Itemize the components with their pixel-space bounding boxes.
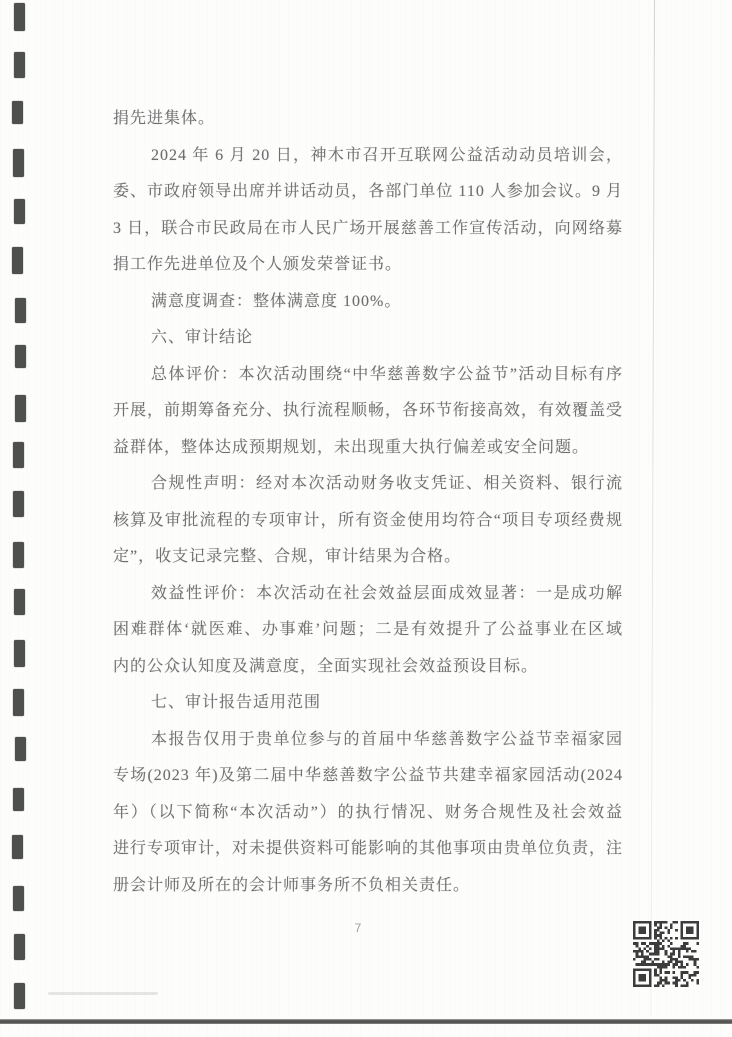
text-line-p8-l0: 本报告仅用于贵单位参与的首届中华慈善数字公益节幸福家园: [113, 722, 623, 759]
binding-hole: [15, 345, 26, 368]
text-line-p5-l0: 合规性声明：经对本次活动财务收支凭证、相关资料、银行流水: [113, 466, 623, 503]
scan-bottom-edge: [0, 1019, 732, 1024]
text-line-p1-l1: 委、市政府领导出席并讲话动员，各部门单位 110 人参加会议。9 月: [113, 174, 623, 211]
text-line-p5-l1: 核算及审批流程的专项审计，所有资金使用均符合“项目专项经费规: [113, 503, 623, 540]
binding-hole: [14, 199, 25, 224]
text-line-p6-l2: 内的公众认知度及满意度，全面实现社会效益预设目标。: [113, 649, 623, 686]
text-line-p6-l0: 效益性评价：本次活动在社会效益层面成效显著：一是成功解决: [113, 576, 623, 613]
page-edge-line: [650, 0, 655, 1016]
binding-hole: [14, 3, 25, 31]
text-line-p4-l2: 益群体，整体达成预期规划，未出现重大执行偏差或安全问题。: [113, 430, 623, 467]
text-line-p2-l0: 满意度调查：整体满意度 100%。: [113, 284, 623, 321]
text-line-p6-l1: 困难群体‘就医难、办事难’问题；二是有效提升了公益事业在区域: [113, 612, 623, 649]
binding-hole: [15, 395, 26, 422]
binding-hole: [12, 835, 23, 859]
binding-hole: [14, 589, 25, 615]
binding-hole: [13, 886, 24, 911]
binding-hole: [13, 149, 24, 177]
binding-hole: [14, 640, 25, 667]
text-line-p5-l2: 定”，收支记录完整、合规，审计结果为合格。: [113, 539, 623, 576]
text-line-p8-l1: 专场(2023 年)及第二届中华慈善数字公益节共建幸福家园活动(2024: [113, 758, 623, 795]
binding-hole: [12, 247, 23, 274]
binding-hole: [14, 934, 25, 960]
text-line-p8-l3: 进行专项审计，对未提供资料可能影响的其他事项由贵单位负责，注: [113, 831, 623, 868]
binding-hole: [14, 52, 25, 78]
text-line-p4-l1: 开展，前期筹备充分、执行流程顺畅，各环节衔接高效，有效覆盖受: [113, 393, 623, 430]
binding-hole: [13, 689, 24, 716]
binding-hole: [13, 491, 24, 517]
binding-hole: [15, 298, 26, 323]
text-line-p3-l0: 六、审计结论: [113, 320, 623, 357]
qr-code-icon: [633, 921, 699, 987]
text-line-p1-l0: 2024 年 6 月 20 日，神木市召开互联网公益活动动员培训会，市: [113, 138, 623, 175]
text-line-p1-l2: 3 日，联合市民政局在市人民广场开展慈善工作宣传活动，向网络募: [113, 211, 623, 248]
binding-hole: [13, 788, 24, 811]
text-line-p8-l2: 年）（以下简称“本次活动”）的执行情况、财务合规性及社会效益: [113, 795, 623, 832]
scan-smudge: [48, 992, 158, 995]
document-body: 捐先进集体。2024 年 6 月 20 日，神木市召开互联网公益活动动员培训会，…: [113, 101, 623, 904]
binding-hole: [13, 542, 24, 568]
text-line-p8-l4: 册会计师及所在的会计师事务所不负相关责任。: [113, 868, 623, 905]
page-number: 7: [348, 921, 368, 935]
text-line-p7-l0: 七、审计报告适用范围: [113, 685, 623, 722]
scanned-page: 捐先进集体。2024 年 6 月 20 日，神木市召开互联网公益活动动员培训会，…: [0, 0, 732, 1037]
binding-hole: [15, 737, 26, 761]
text-line-p0-l0: 捐先进集体。: [113, 101, 623, 138]
binding-hole: [14, 983, 25, 1009]
text-line-p1-l3: 捐工作先进单位及个人颁发荣誉证书。: [113, 247, 623, 284]
binding-hole: [13, 442, 24, 468]
text-line-p4-l0: 总体评价：本次活动围绕“中华慈善数字公益节”活动目标有序: [113, 357, 623, 394]
binding-hole: [12, 101, 23, 124]
